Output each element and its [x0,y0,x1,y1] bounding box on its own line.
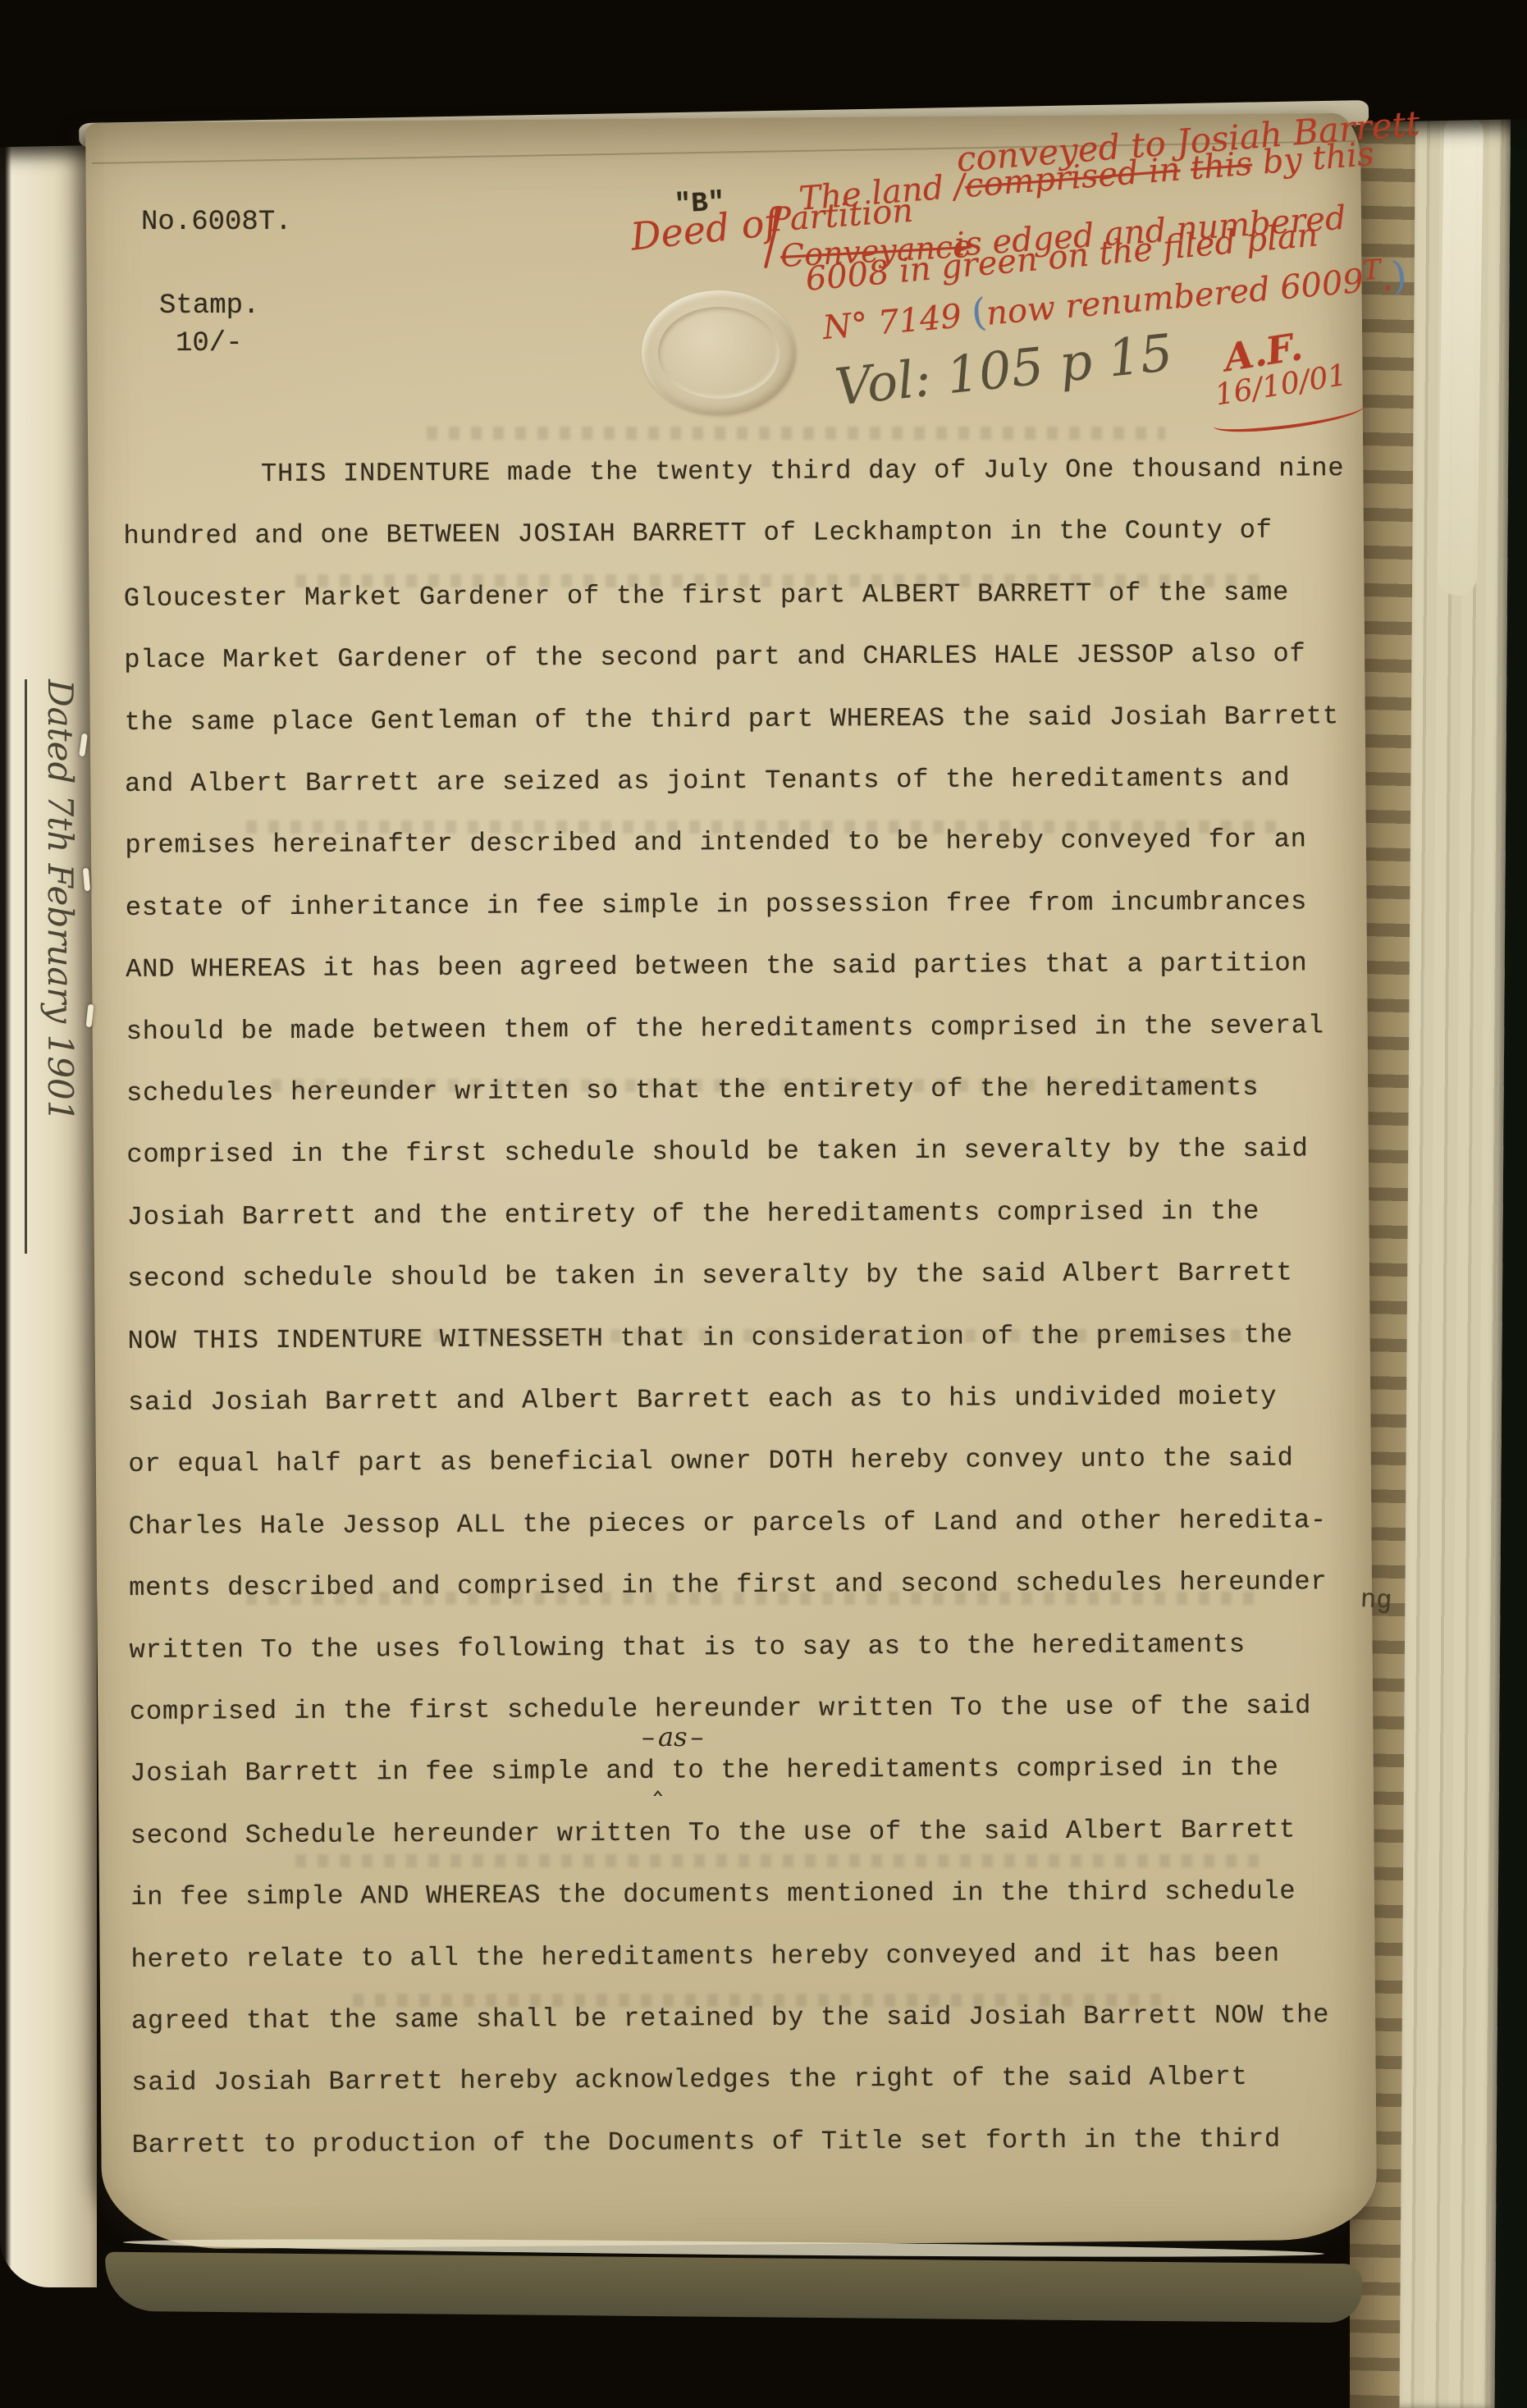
body-line: second schedule should be taken in sever… [127,1258,1292,1294]
body-line: Josiah Barrett and the entirety of the h… [127,1196,1260,1232]
body-line: Charles Hale Jessop ALL the pieces or pa… [129,1505,1327,1542]
body-line: Josiah Barrett in fee simple and to the … [130,1752,1278,1789]
body-text: THIS INDENTURE made the twenty third day… [123,453,1388,2199]
red-annotation-renumbered-sup: T [1361,253,1383,286]
body-line: said Josiah Barrett and Albert Barrett e… [128,1382,1277,1418]
body-line: written To the uses following that is to… [130,1629,1246,1665]
body-line: or equal half part as beneficial owner D… [128,1443,1293,1479]
body-line: and Albert Barrett are seized as joint T… [125,763,1290,799]
body-line: the same place Gentleman of the third pa… [125,701,1339,738]
body-line: ments described and comprised in the fir… [129,1567,1327,1604]
red-annotation-struck-this: this [1189,145,1254,188]
stamp-label: Stamp. [159,290,259,322]
body-line: Gloucester Market Gardener of the first … [124,577,1289,613]
page-bottom-shadow [105,2252,1363,2323]
scanned-deed-page: No.6008T. Stamp. 10/- "B" conveyed to Jo… [0,0,1527,2408]
body-line: AND WHEREAS it has been agreed between t… [126,948,1307,985]
body-line: agreed that the same shall be retained b… [131,1999,1329,2036]
body-line: comprised in the first schedule hereunde… [130,1690,1311,1727]
torn-edge-text-fragment: ng [1360,1584,1392,1616]
margin-dated-note: Dated 7th February 1901 [25,679,80,1254]
stamp-duty-value: 10/- [176,328,243,359]
body-line: comprised in the first schedule should b… [126,1134,1308,1171]
page-stack-highlight [1438,113,1484,596]
embossed-seal [642,290,796,415]
body-line: hereto relate to all the hereditaments h… [130,1938,1279,1974]
body-line: Barrett to production of the Documents o… [132,2123,1281,2159]
insertion-caret: ‸ [653,1764,663,1797]
body-line: place Market Gardener of the second part… [124,639,1305,676]
body-line: estate of inheritance in fee simple in p… [126,886,1307,923]
body-line: premises hereinafter described and inten… [125,825,1306,861]
body-line: said Josiah Barrett hereby acknowledges … [131,2062,1247,2098]
body-line: schedules hereunder written so that the … [126,1072,1259,1108]
document-number: No.6008T. [141,207,292,238]
ghost-text-impression [427,427,1165,440]
body-line: hundred and one BETWEEN JOSIAH BARRETT o… [123,515,1272,551]
body-line: should be made between them of the hered… [126,1010,1324,1047]
body-line: in fee simple AND WHEREAS the documents … [130,1876,1296,1912]
body-line: THIS INDENTURE made the twenty third day… [123,453,1344,490]
interlinear-insertion: as [638,1721,707,1752]
body-line: second Schedule hereunder written To the… [130,1814,1296,1850]
body-line: NOW THIS INDENTURE WITNESSETH that in co… [128,1319,1293,1355]
